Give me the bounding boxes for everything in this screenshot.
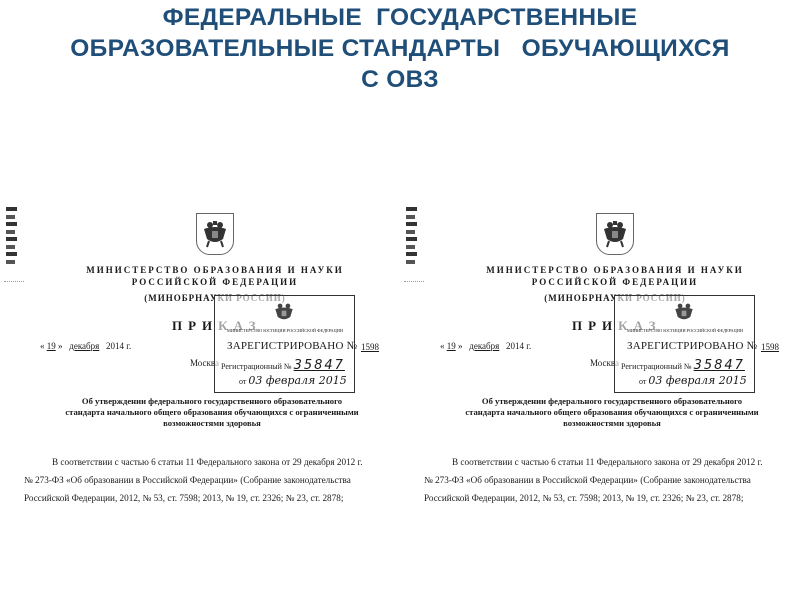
coat-of-arms-icon bbox=[673, 300, 695, 326]
registration-stamp: Министерство юстиции Российской Федераци… bbox=[614, 295, 755, 393]
slide-title-line: ФЕДЕРАЛЬНЫЕ ГОСУДАРСТВЕННЫЕ bbox=[0, 2, 800, 33]
date-month: декабря bbox=[69, 341, 99, 351]
heading-line: возможностями здоровья bbox=[42, 418, 382, 429]
slide-title-line: ОБРАЗОВАТЕЛЬНЫЕ СТАНДАРТЫ ОБУЧАЮЩИХСЯ bbox=[0, 33, 800, 64]
divider bbox=[404, 281, 424, 282]
body-line: В соответствии с частью 6 статьи 11 Феде… bbox=[424, 453, 794, 471]
stamp-registered: ЗАРЕГИСТРИРОВАНО № bbox=[227, 340, 357, 352]
heading-line: стандарта начального общего образования … bbox=[442, 407, 782, 418]
date-year: 2014 г. bbox=[506, 341, 531, 351]
order-document-left: МИНИСТЕРСТВО ОБРАЗОВАНИЯ И НАУКИ РОССИЙС… bbox=[0, 195, 400, 515]
date-day: 19 bbox=[47, 341, 56, 351]
ministry-line: МИНИСТЕРСТВО ОБРАЗОВАНИЯ И НАУКИ bbox=[450, 264, 780, 276]
date-month: декабря bbox=[469, 341, 499, 351]
stamp-registration-number: Регистрационный №35847 bbox=[221, 358, 345, 373]
stamp-from-date: от03 февраля 2015 bbox=[639, 374, 747, 387]
ministry-name: МИНИСТЕРСТВО ОБРАЗОВАНИЯ И НАУКИ РОССИЙС… bbox=[50, 264, 380, 288]
stamp-from-value: 03 февраля 2015 bbox=[648, 374, 746, 387]
stamp-number: 1598 bbox=[761, 342, 779, 352]
coat-of-arms-icon bbox=[596, 213, 634, 255]
stamp-from-value: 03 февраля 2015 bbox=[248, 374, 346, 387]
date-quote: « bbox=[440, 341, 445, 351]
stamp-number: 1598 bbox=[361, 342, 379, 352]
body-line: В соответствии с частью 6 статьи 11 Феде… bbox=[24, 453, 394, 471]
stamp-reg-number: 35847 bbox=[694, 358, 745, 373]
body-line: Российской Федерации, 2012, № 53, ст. 75… bbox=[424, 489, 794, 507]
date-day: 19 bbox=[447, 341, 456, 351]
order-heading: Об утверждении федерального государствен… bbox=[42, 396, 382, 429]
barcode-icon bbox=[406, 207, 420, 275]
slide-title-line: С ОВЗ bbox=[0, 64, 800, 95]
coat-of-arms-icon bbox=[273, 300, 295, 326]
body-line: № 273-ФЗ «Об образовании в Российской Фе… bbox=[24, 471, 394, 489]
stamp-reg-number: 35847 bbox=[294, 358, 345, 373]
stamp-ministry: Министерство юстиции Российской Федераци… bbox=[619, 328, 751, 333]
divider bbox=[4, 281, 24, 282]
heading-line: Об утверждении федерального государствен… bbox=[42, 396, 382, 407]
coat-of-arms-icon bbox=[196, 213, 234, 255]
ministry-line: РОССИЙСКОЙ ФЕДЕРАЦИИ bbox=[50, 276, 380, 288]
slide-title: ФЕДЕРАЛЬНЫЕ ГОСУДАРСТВЕННЫЕ ОБРАЗОВАТЕЛЬ… bbox=[0, 2, 800, 95]
body-line: № 273-ФЗ «Об образовании в Российской Фе… bbox=[424, 471, 794, 489]
stamp-registered: ЗАРЕГИСТРИРОВАНО № bbox=[627, 340, 757, 352]
heading-line: стандарта начального общего образования … bbox=[42, 407, 382, 418]
stamp-from-label: от bbox=[239, 377, 246, 386]
ministry-line: МИНИСТЕРСТВО ОБРАЗОВАНИЯ И НАУКИ bbox=[50, 264, 380, 276]
stamp-reg-label: Регистрационный № bbox=[221, 362, 292, 371]
date-quote: « bbox=[40, 341, 45, 351]
order-date: « 19 » декабря 2014 г. bbox=[440, 341, 531, 351]
body-line: Российской Федерации, 2012, № 53, ст. 75… bbox=[24, 489, 394, 507]
order-body: В соответствии с частью 6 статьи 11 Феде… bbox=[424, 453, 794, 507]
ministry-name: МИНИСТЕРСТВО ОБРАЗОВАНИЯ И НАУКИ РОССИЙС… bbox=[450, 264, 780, 288]
heading-line: возможностями здоровья bbox=[442, 418, 782, 429]
date-year: 2014 г. bbox=[106, 341, 131, 351]
registration-stamp: Министерство юстиции Российской Федераци… bbox=[214, 295, 355, 393]
stamp-ministry: Министерство юстиции Российской Федераци… bbox=[219, 328, 351, 333]
stamp-reg-label: Регистрационный № bbox=[621, 362, 692, 371]
order-heading: Об утверждении федерального государствен… bbox=[442, 396, 782, 429]
stamp-from-date: от03 февраля 2015 bbox=[239, 374, 347, 387]
order-body: В соответствии с частью 6 статьи 11 Феде… bbox=[24, 453, 394, 507]
stamp-from-label: от bbox=[639, 377, 646, 386]
stamp-registration-number: Регистрационный №35847 bbox=[621, 358, 745, 373]
barcode-icon bbox=[6, 207, 20, 275]
date-quote: » bbox=[58, 341, 63, 351]
heading-line: Об утверждении федерального государствен… bbox=[442, 396, 782, 407]
order-date: « 19 » декабря 2014 г. bbox=[40, 341, 131, 351]
ministry-line: РОССИЙСКОЙ ФЕДЕРАЦИИ bbox=[450, 276, 780, 288]
date-quote: » bbox=[458, 341, 463, 351]
order-document-right: МИНИСТЕРСТВО ОБРАЗОВАНИЯ И НАУКИ РОССИЙС… bbox=[400, 195, 800, 515]
